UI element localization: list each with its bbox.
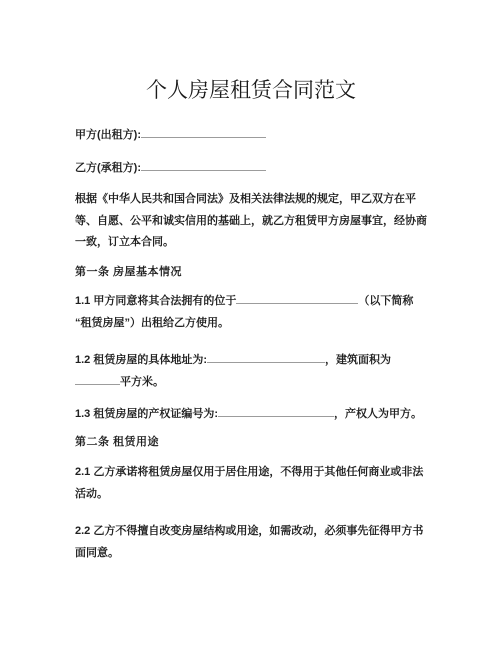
document-title: 个人房屋租赁合同范文 — [75, 0, 427, 103]
text-segment: ，产权人为甲方。 — [334, 408, 422, 420]
text-segment: 1.2 租赁房屋的具体地址为: — [75, 354, 207, 366]
party-b-line: 乙方(承租方): — [75, 158, 427, 180]
text-segment: 根据《中华人民共和国合同法》及相关法律法规的规定，甲乙双方在平等、自愿、公平和诚… — [75, 193, 427, 248]
party-a-line: 甲方(出租方): — [75, 125, 427, 147]
text-segment: 2.2 乙方不得擅自改变房屋结构或用途，如需改动，必须事先征得甲方书面同意。 — [75, 525, 423, 559]
text-segment: 第二条 租赁用途 — [75, 436, 159, 448]
clause-2-1: 2.1 乙方承诺将租赁房屋仅用于居住用途，不得用于其他任何商业或非法活动。 — [75, 462, 427, 505]
text-segment: 乙方(承租方): — [75, 162, 141, 174]
text-segment: 平方米。 — [120, 376, 164, 388]
blank-fill-line — [75, 372, 120, 385]
contract-document-page: 个人房屋租赁合同范文 甲方(出租方):乙方(承租方):根据《中华人民共和国合同法… — [0, 0, 500, 647]
clause-1-3: 1.3 租赁房屋的产权证编号为:，产权人为甲方。 — [75, 404, 427, 426]
section-heading-2: 第二条 租赁用途 — [75, 432, 427, 454]
text-segment: 第一条 房屋基本情况 — [75, 266, 182, 278]
blank-fill-line — [218, 404, 334, 417]
blank-fill-line — [141, 125, 266, 138]
clause-2-2: 2.2 乙方不得擅自改变房屋结构或用途，如需改动，必须事先征得甲方书面同意。 — [75, 521, 427, 564]
document-body: 甲方(出租方):乙方(承租方):根据《中华人民共和国合同法》及相关法律法规的规定… — [75, 125, 427, 564]
text-segment: 1.1 甲方同意将其合法拥有的位于 — [75, 295, 236, 307]
text-segment: 2.1 乙方承诺将租赁房屋仅用于居住用途，不得用于其他任何商业或非法活动。 — [75, 466, 423, 500]
blank-fill-line — [141, 158, 266, 171]
clause-1-1: 1.1 甲方同意将其合法拥有的位于（以下简称“租赁房屋”）出租给乙方使用。 — [75, 291, 427, 334]
text-segment: 甲方(出租方): — [75, 129, 141, 141]
clause-1-2: 1.2 租赁房屋的具体地址为:，建筑面积为平方米。 — [75, 350, 427, 393]
section-heading-1: 第一条 房屋基本情况 — [75, 262, 427, 284]
blank-fill-line — [236, 291, 358, 304]
text-segment: 1.3 租赁房屋的产权证编号为: — [75, 408, 218, 420]
blank-fill-line — [207, 350, 325, 363]
intro-paragraph: 根据《中华人民共和国合同法》及相关法律法规的规定，甲乙双方在平等、自愿、公平和诚… — [75, 189, 427, 254]
text-segment: ，建筑面积为 — [325, 354, 391, 366]
